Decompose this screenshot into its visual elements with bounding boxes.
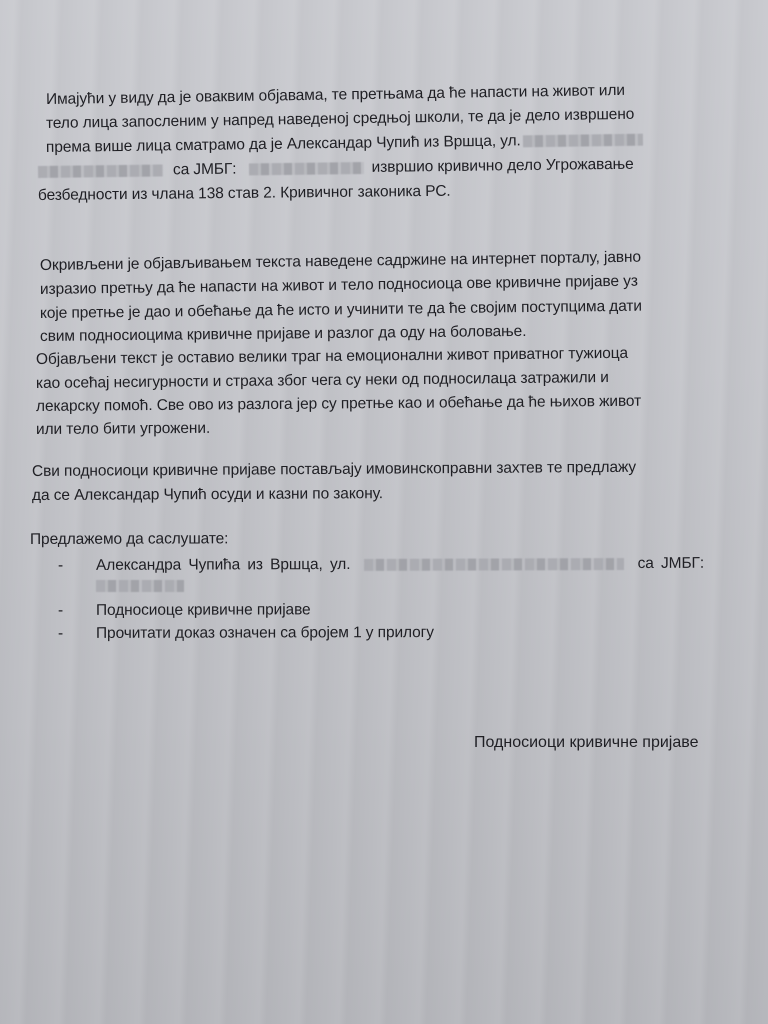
redacted-street-continued <box>38 164 163 178</box>
proposal-item-3: -Прочитати доказ означен са бројем 1 у п… <box>58 623 434 644</box>
redacted-jmbg-2 <box>96 580 184 592</box>
paragraph-1-line-4: са ЈМБГ: извршио кривично дело Угрожавањ… <box>38 155 634 182</box>
redacted-street <box>523 134 643 148</box>
paragraph-1-line-3: према више лица сматрамо да је Александа… <box>46 130 643 158</box>
proposal-item-3-text: Прочитати доказ означен са бројем 1 у пр… <box>96 624 434 642</box>
bullet-dash: - <box>58 624 96 644</box>
paragraph-4-line-1: Сви подносиоци кривичне пријаве поставља… <box>32 458 636 482</box>
document-page: Имајући у виду да је оваквим објавама, т… <box>0 0 768 1024</box>
redacted-address <box>364 558 624 571</box>
paragraph-4-line-2: да се Александар Чупић осуди и казни по … <box>32 484 383 506</box>
signature-line: Подносиоци кривичне пријаве <box>474 733 698 753</box>
proposal-item-1-suffix: са ЈМБГ: <box>638 555 704 572</box>
paragraph-1-line-4-text: извршио кривично дело Угрожавање <box>372 156 634 176</box>
paragraph-3-line-2: као осећај несигурности и страха због че… <box>36 368 609 394</box>
paragraph-1-line-2: тело лица запосленим у напред наведеној … <box>46 105 635 134</box>
redacted-jmbg <box>249 162 364 175</box>
paragraph-3-line-1: Објављени текст је оставио велики траг н… <box>36 344 628 370</box>
proposal-item-1-text: Александра Чупића из Вршца, ул. <box>96 556 350 574</box>
bullet-dash: - <box>58 556 96 576</box>
paragraph-2-line-3: које претње је дао и обећање да ће исто … <box>40 297 642 324</box>
paragraph-3-line-4: или тело бити угрожени. <box>36 419 210 440</box>
bullet-dash: - <box>58 601 96 621</box>
jmbg-label: са ЈМБГ: <box>173 161 237 179</box>
paragraph-1-line-5: безбедности из члана 138 став 2. Кривичн… <box>38 182 451 206</box>
paragraph-1-line-3-text: према више лица сматрамо да је Александа… <box>46 132 521 156</box>
proposal-item-2-text: Подносиоце кривичне пријаве <box>96 601 311 619</box>
paragraph-3-line-3: лекарску помоћ. Све ово из разлога јер с… <box>36 392 641 417</box>
proposal-item-1-continued <box>96 576 184 596</box>
proposal-item-2: -Подносиоце кривичне пријаве <box>58 600 311 621</box>
proposal-heading: Предлажемо да саслушате: <box>30 529 228 550</box>
proposal-item-1: -Александра Чупића из Вршца, ул. са ЈМБГ… <box>58 554 704 576</box>
paragraph-2-line-4: свим подносиоцима кривичне пријаве и раз… <box>40 322 527 347</box>
paragraph-2-line-1: Окривљени је објављивањем текста наведен… <box>40 248 641 276</box>
paragraph-2-line-2: изразио претњу да ће напасти на живот и … <box>40 272 638 300</box>
